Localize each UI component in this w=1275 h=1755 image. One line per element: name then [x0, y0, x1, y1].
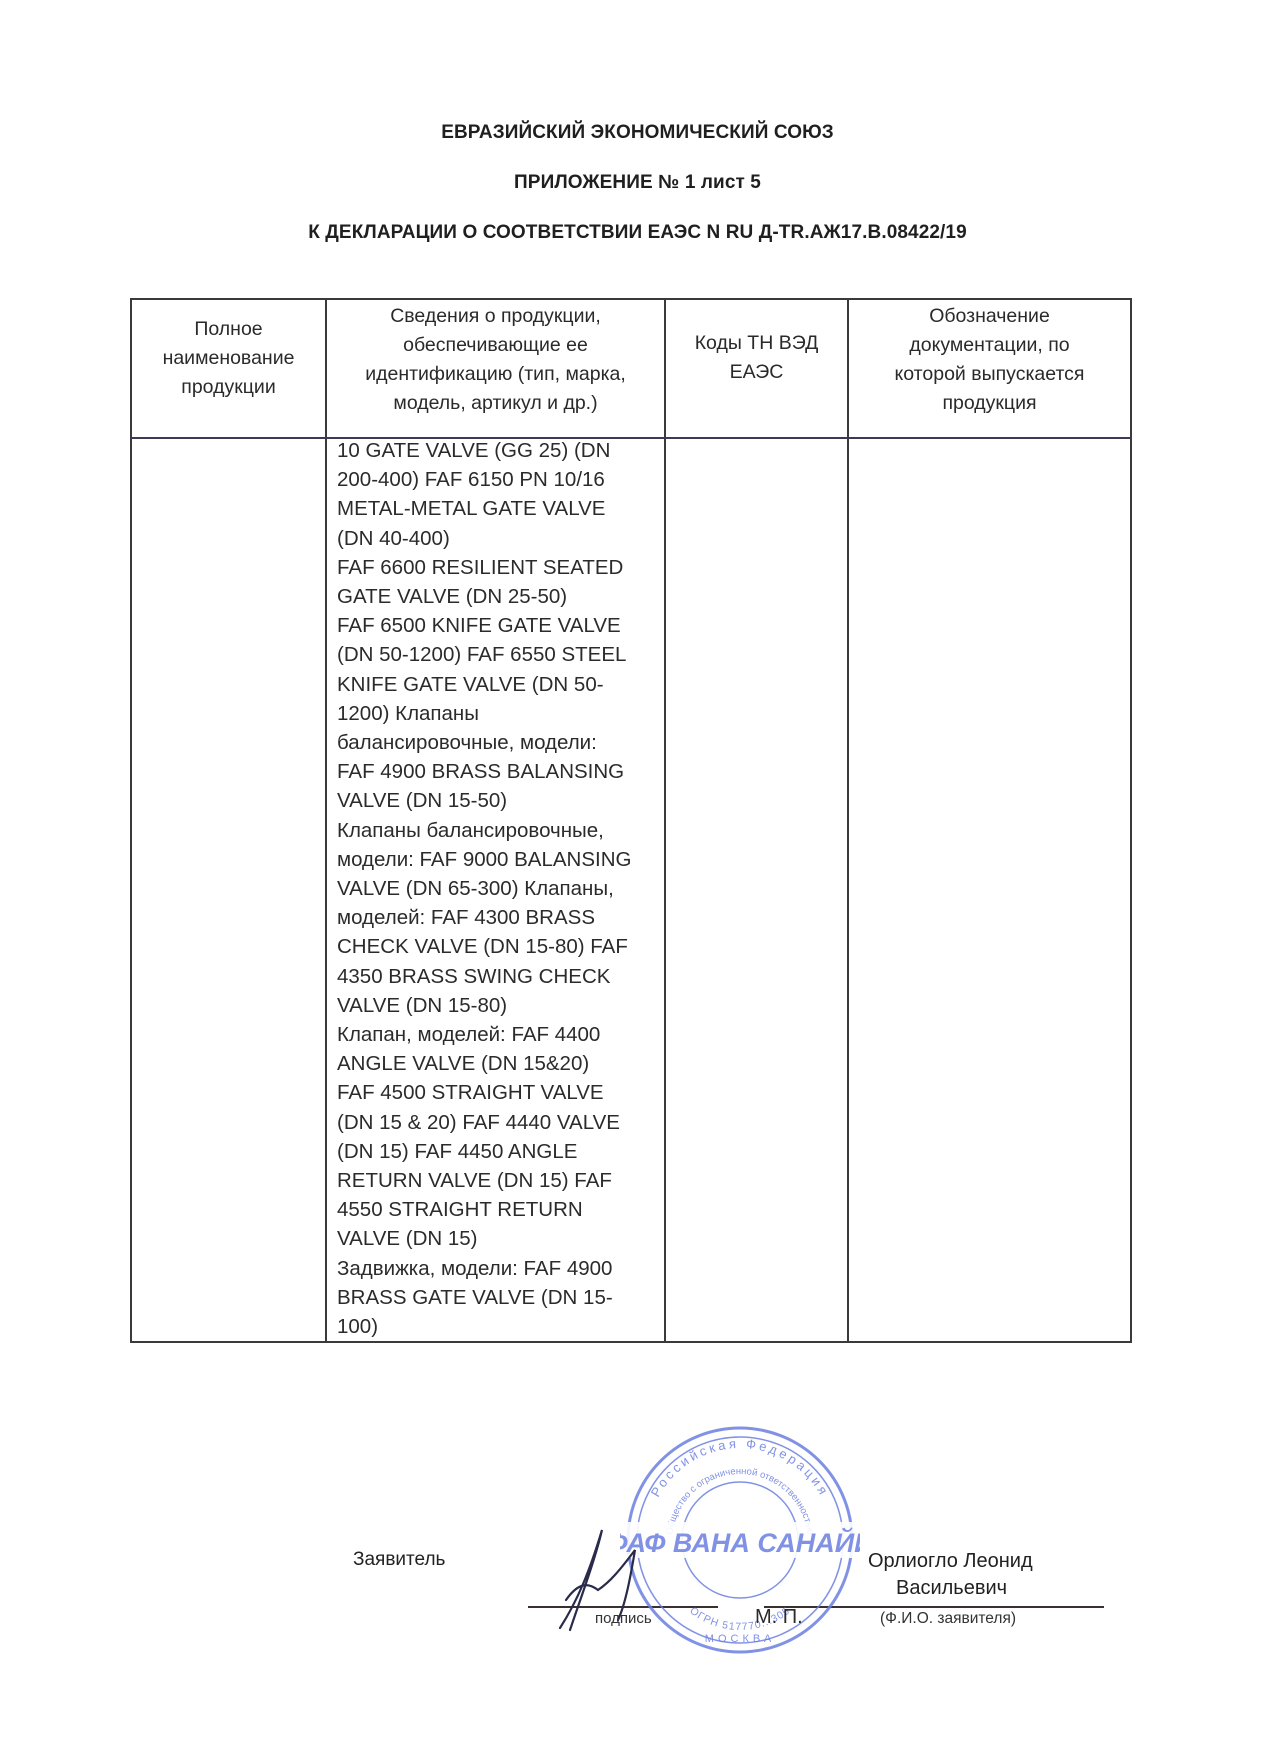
product-info-line: 1200) Клапаны [337, 699, 656, 728]
header-tn-ved-codes: Коды ТН ВЭДЕАЭС [665, 299, 848, 438]
product-info-line: (DN 50-1200) FAF 6550 STEEL [337, 640, 656, 669]
cell-documentation [848, 438, 1131, 1342]
product-info-line: 10 GATE VALVE (GG 25) (DN [337, 436, 656, 465]
product-info-line: RETURN VALVE (DN 15) FAF [337, 1166, 656, 1195]
product-info-line: моделей: FAF 4300 BRASS [337, 903, 656, 932]
product-info-line: FAF 4900 BRASS BALANSING [337, 757, 656, 786]
union-title: ЕВРАЗИЙСКИЙ ЭКОНОМИЧЕСКИЙ СОЮЗ [0, 122, 1275, 144]
header-line: которой выпускается [849, 360, 1130, 389]
header-line: Обозначение [849, 302, 1130, 331]
table-header-row: Полноенаименованиепродукции Сведения о п… [131, 299, 1131, 438]
product-info-line: METAL-METAL GATE VALVE [337, 494, 656, 523]
product-info-line: ANGLE VALVE (DN 15&20) [337, 1049, 656, 1078]
header-line: Коды ТН ВЭД [666, 329, 847, 358]
header-full-name: Полноенаименованиепродукции [131, 299, 326, 438]
product-info-line: Клапан, моделей: FAF 4400 [337, 1020, 656, 1049]
header-documentation: Обозначениедокументации, покоторой выпус… [848, 299, 1131, 438]
product-info-line: FAF 4500 STRAIGHT VALVE [337, 1078, 656, 1107]
product-info-line: балансировочные, модели: [337, 728, 656, 757]
appendix-title: ПРИЛОЖЕНИЕ № 1 лист 5 [0, 172, 1275, 194]
product-info-line: Задвижка, модели: FAF 4900 [337, 1254, 656, 1283]
product-info-line: (DN 40-400) [337, 524, 656, 553]
declaration-number-title: К ДЕКЛАРАЦИИ О СООТВЕТСТВИИ ЕАЭС N RU Д-… [0, 222, 1275, 244]
product-info-line: 4550 STRAIGHT RETURN [337, 1195, 656, 1224]
handwritten-signature-icon [540, 1520, 660, 1640]
product-info-line: VALVE (DN 15-80) [337, 991, 656, 1020]
product-info-line: модели: FAF 9000 BALANSING [337, 845, 656, 874]
header-line: ЕАЭС [666, 358, 847, 387]
cell-full-name [131, 438, 326, 1342]
product-info-line: FAF 6500 KNIFE GATE VALVE [337, 611, 656, 640]
header-line: идентификацию (тип, марка, [327, 360, 664, 389]
product-info-line: VALVE (DN 15) [337, 1224, 656, 1253]
table-row: 10 GATE VALVE (GG 25) (DN200-400) FAF 61… [131, 438, 1131, 1342]
product-info-line: 4350 BRASS SWING CHECK [337, 962, 656, 991]
product-info-line: BRASS GATE VALVE (DN 15- [337, 1283, 656, 1312]
applicant-name-first: Орлиогло Леонид [868, 1550, 1033, 1573]
header-line: обеспечивающие ее [327, 331, 664, 360]
cell-product-info: 10 GATE VALVE (GG 25) (DN200-400) FAF 61… [326, 438, 665, 1342]
header-line: модель, артикул и др.) [327, 389, 664, 418]
product-info-line: KNIFE GATE VALVE (DN 50- [337, 670, 656, 699]
product-info-line: VALVE (DN 65-300) Клапаны, [337, 874, 656, 903]
product-info-line: 100) [337, 1312, 656, 1341]
product-info-line: GATE VALVE (DN 25-50) [337, 582, 656, 611]
cell-tn-ved-codes [665, 438, 848, 1342]
product-info-line: (DN 15) FAF 4450 ANGLE [337, 1137, 656, 1166]
header-product-info: Сведения о продукции,обеспечивающие ееид… [326, 299, 665, 438]
product-info-line: 200-400) FAF 6150 PN 10/16 [337, 465, 656, 494]
product-info-line: Клапаны балансировочные, [337, 816, 656, 845]
header-line: документации, по [849, 331, 1130, 360]
header-line: Полное [132, 315, 325, 344]
svg-text:МОСКВА: МОСКВА [705, 1633, 775, 1645]
header-line: продукция [849, 389, 1130, 418]
name-caption: (Ф.И.О. заявителя) [880, 1610, 1016, 1628]
header-line: продукции [132, 373, 325, 402]
header-line: наименование [132, 344, 325, 373]
product-info-line: VALVE (DN 15-50) [337, 786, 656, 815]
product-info-line: CHECK VALVE (DN 15-80) FAF [337, 932, 656, 961]
product-info-line: (DN 15 & 20) FAF 4440 VALVE [337, 1108, 656, 1137]
products-table: Полноенаименованиепродукции Сведения о п… [130, 298, 1132, 1343]
applicant-label: Заявитель [353, 1549, 445, 1571]
seal-caption: М. П. [755, 1606, 803, 1629]
header-line: Сведения о продукции, [327, 302, 664, 331]
product-info-line: FAF 6600 RESILIENT SEATED [337, 553, 656, 582]
applicant-name-patronymic: Васильевич [896, 1577, 1007, 1600]
